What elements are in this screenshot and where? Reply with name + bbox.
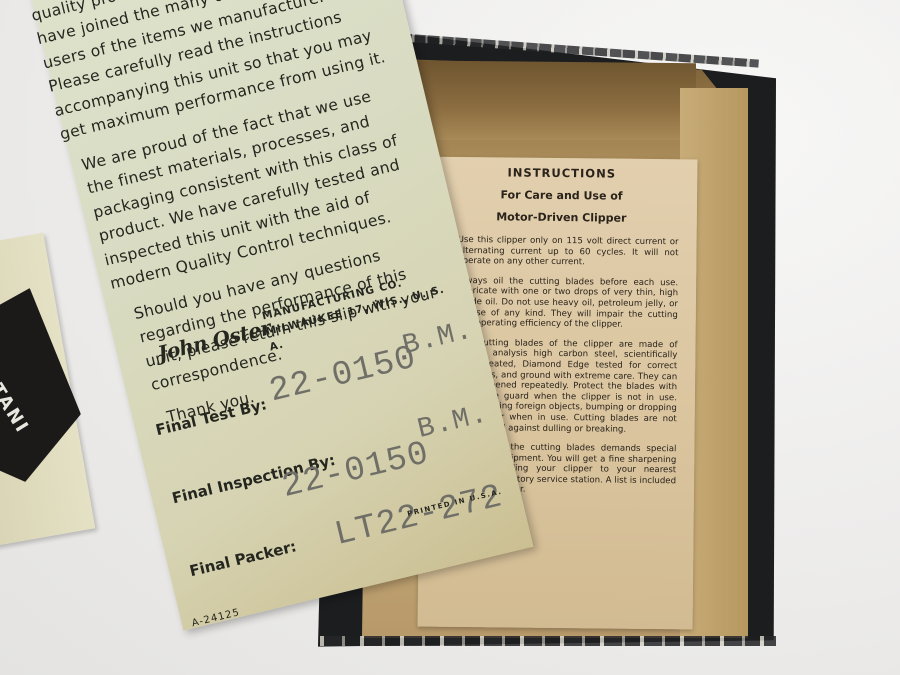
card-title: INSTRUCTIONS [444, 165, 679, 181]
final-packer-label: Final Packer: [188, 537, 298, 580]
item-text: Use this clipper only on 115 volt direct… [457, 235, 678, 269]
box-rim-bottom [320, 636, 776, 646]
instruction-item: 1. Use this clipper only on 115 volt dir… [443, 235, 678, 269]
card-subtitle-2: Motor-Driven Clipper [444, 210, 679, 225]
final-inspection-stamp: 22-0150 [279, 435, 434, 507]
form-number: A-24125 [191, 607, 241, 629]
item-text: Always oil the cutting blades before eac… [457, 276, 679, 331]
final-inspection-initials: B.M. [415, 399, 491, 446]
photo-scene: INSTRUCTIONS For Care and Use of Motor-D… [0, 0, 900, 675]
card-subtitle-1: For Care and Use of [444, 188, 679, 203]
